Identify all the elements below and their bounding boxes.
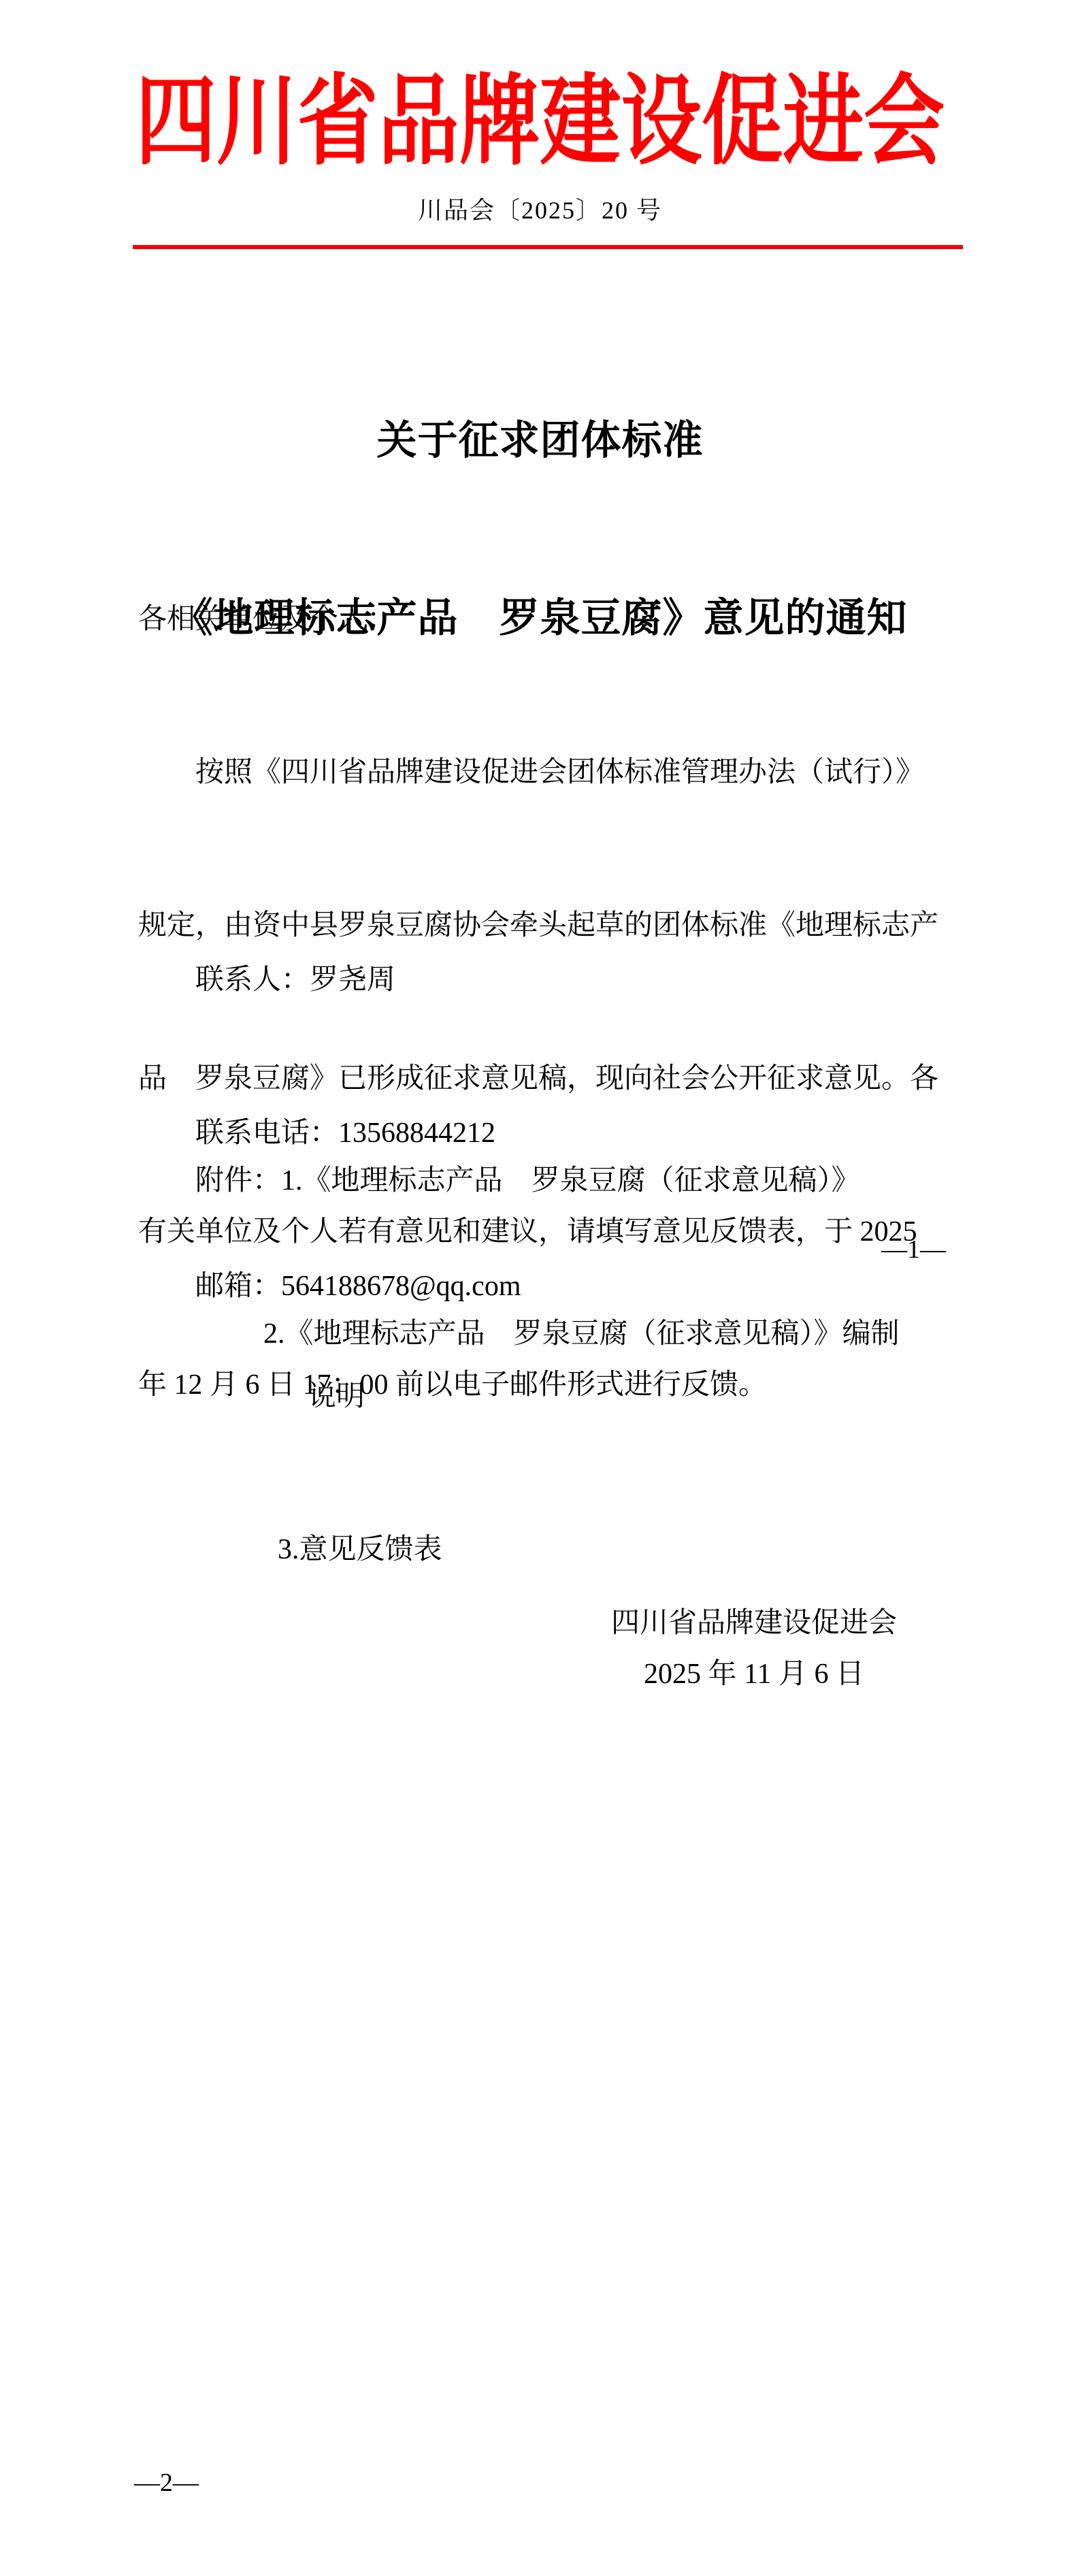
signature-org-name: 四川省品牌建设促进会 — [603, 1598, 905, 1649]
attachment-list-continued: 说明 3.意见反馈表 — [278, 1269, 442, 1678]
letterhead-doc-number: 川品会〔2025〕20 号 — [0, 193, 1080, 227]
signature: 四川省品牌建设促进会 2025 年 11 月 6 日 — [603, 1598, 905, 1700]
contact-person: 联系人：罗尧周 — [195, 955, 521, 1006]
letterhead-red-rule — [133, 245, 963, 249]
attachment-item-2-continued: 说明 — [278, 1371, 442, 1422]
document-page: 四川省品牌建设促进会 川品会〔2025〕20 号 关于征求团体标准 《地理标志产… — [0, 0, 1080, 2576]
signature-date: 2025 年 11 月 6 日 — [603, 1649, 905, 1700]
salutation: 各相关单位及个人： — [138, 594, 944, 645]
letterhead-org-name: 四川省品牌建设促进会 — [97, 68, 983, 177]
notice-title-line1: 关于征求团体标准 — [0, 411, 1080, 470]
attachment-item-3: 3.意见反馈表 — [278, 1525, 442, 1576]
attachment-item-1: 附件：1.《地理标志产品 罗泉豆腐（征求意见稿）》 — [195, 1156, 900, 1207]
page-number-1: —1— — [881, 1233, 946, 1266]
body-line: 按照《四川省品牌建设促进会团体标准管理办法（试行）》 — [138, 747, 944, 798]
page-number-2: —2— — [134, 2466, 199, 2499]
